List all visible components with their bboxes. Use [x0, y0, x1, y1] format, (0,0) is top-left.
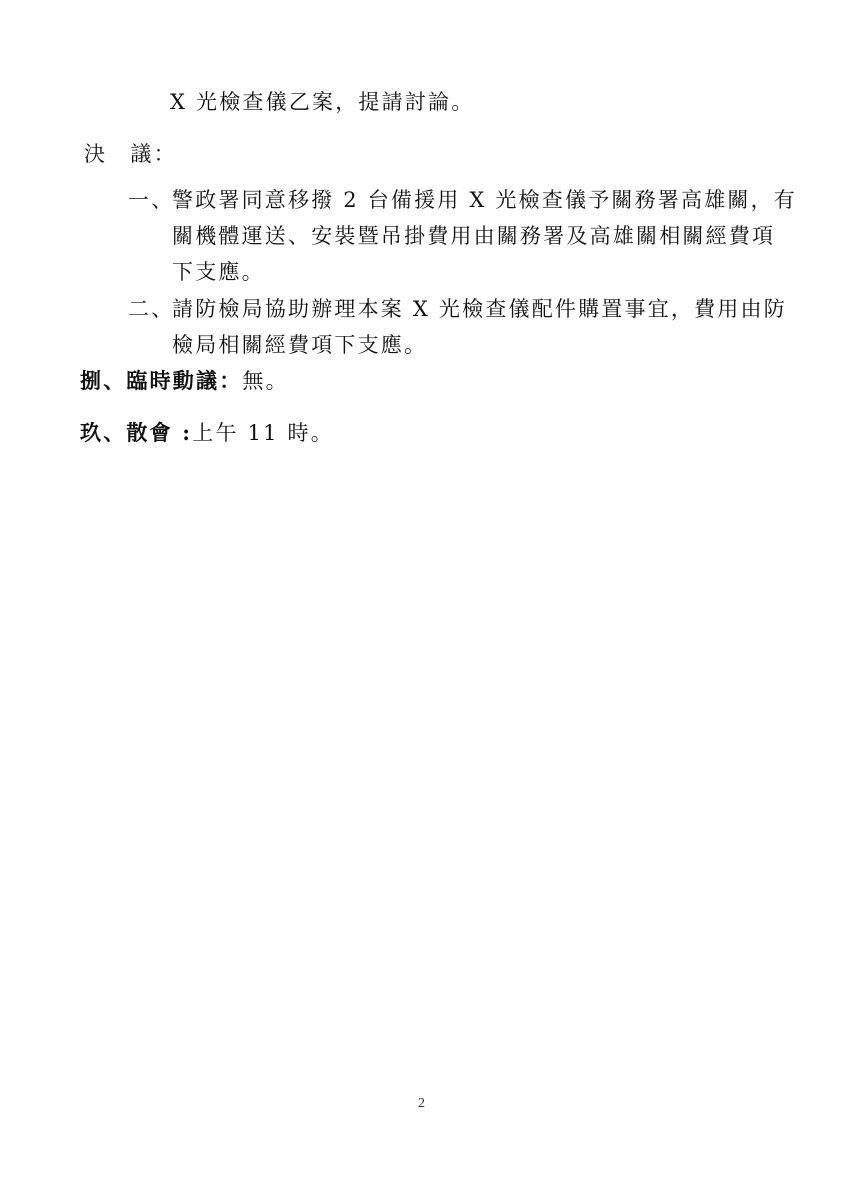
section-value: 無。 [242, 369, 288, 393]
section-label: 捌、臨時動議： [80, 368, 242, 393]
section-extempore-motion: 捌、臨時動議：無。 [80, 367, 289, 395]
item-marker: 二、 [128, 295, 174, 323]
resolution-heading: 決 議： [84, 140, 177, 168]
item-text-line: 下支應。 [172, 258, 265, 286]
section-adjournment: 玖、散會 :上午 11 時。 [80, 419, 334, 447]
continuation-line: X 光檢查儀乙案，提請討論。 [170, 88, 474, 116]
section-value: 上午 11 時。 [192, 421, 334, 445]
item-text-line: 請防檢局協助辦理本案 X 光檢查儀配件購置事宜，費用由防 [172, 295, 787, 323]
item-text-line: 檢局相關經費項下支應。 [172, 331, 427, 359]
item-text-line: 警政署同意移撥 2 台備援用 X 光檢查儀予關務署高雄關，有 [172, 186, 797, 214]
item-text-line: 關機體運送、安裝暨吊掛費用由關務署及高雄關相關經費項 [172, 222, 775, 250]
item-marker: 一、 [128, 186, 174, 214]
section-label: 玖、散會 : [80, 420, 192, 445]
page-number: 2 [418, 1096, 425, 1112]
